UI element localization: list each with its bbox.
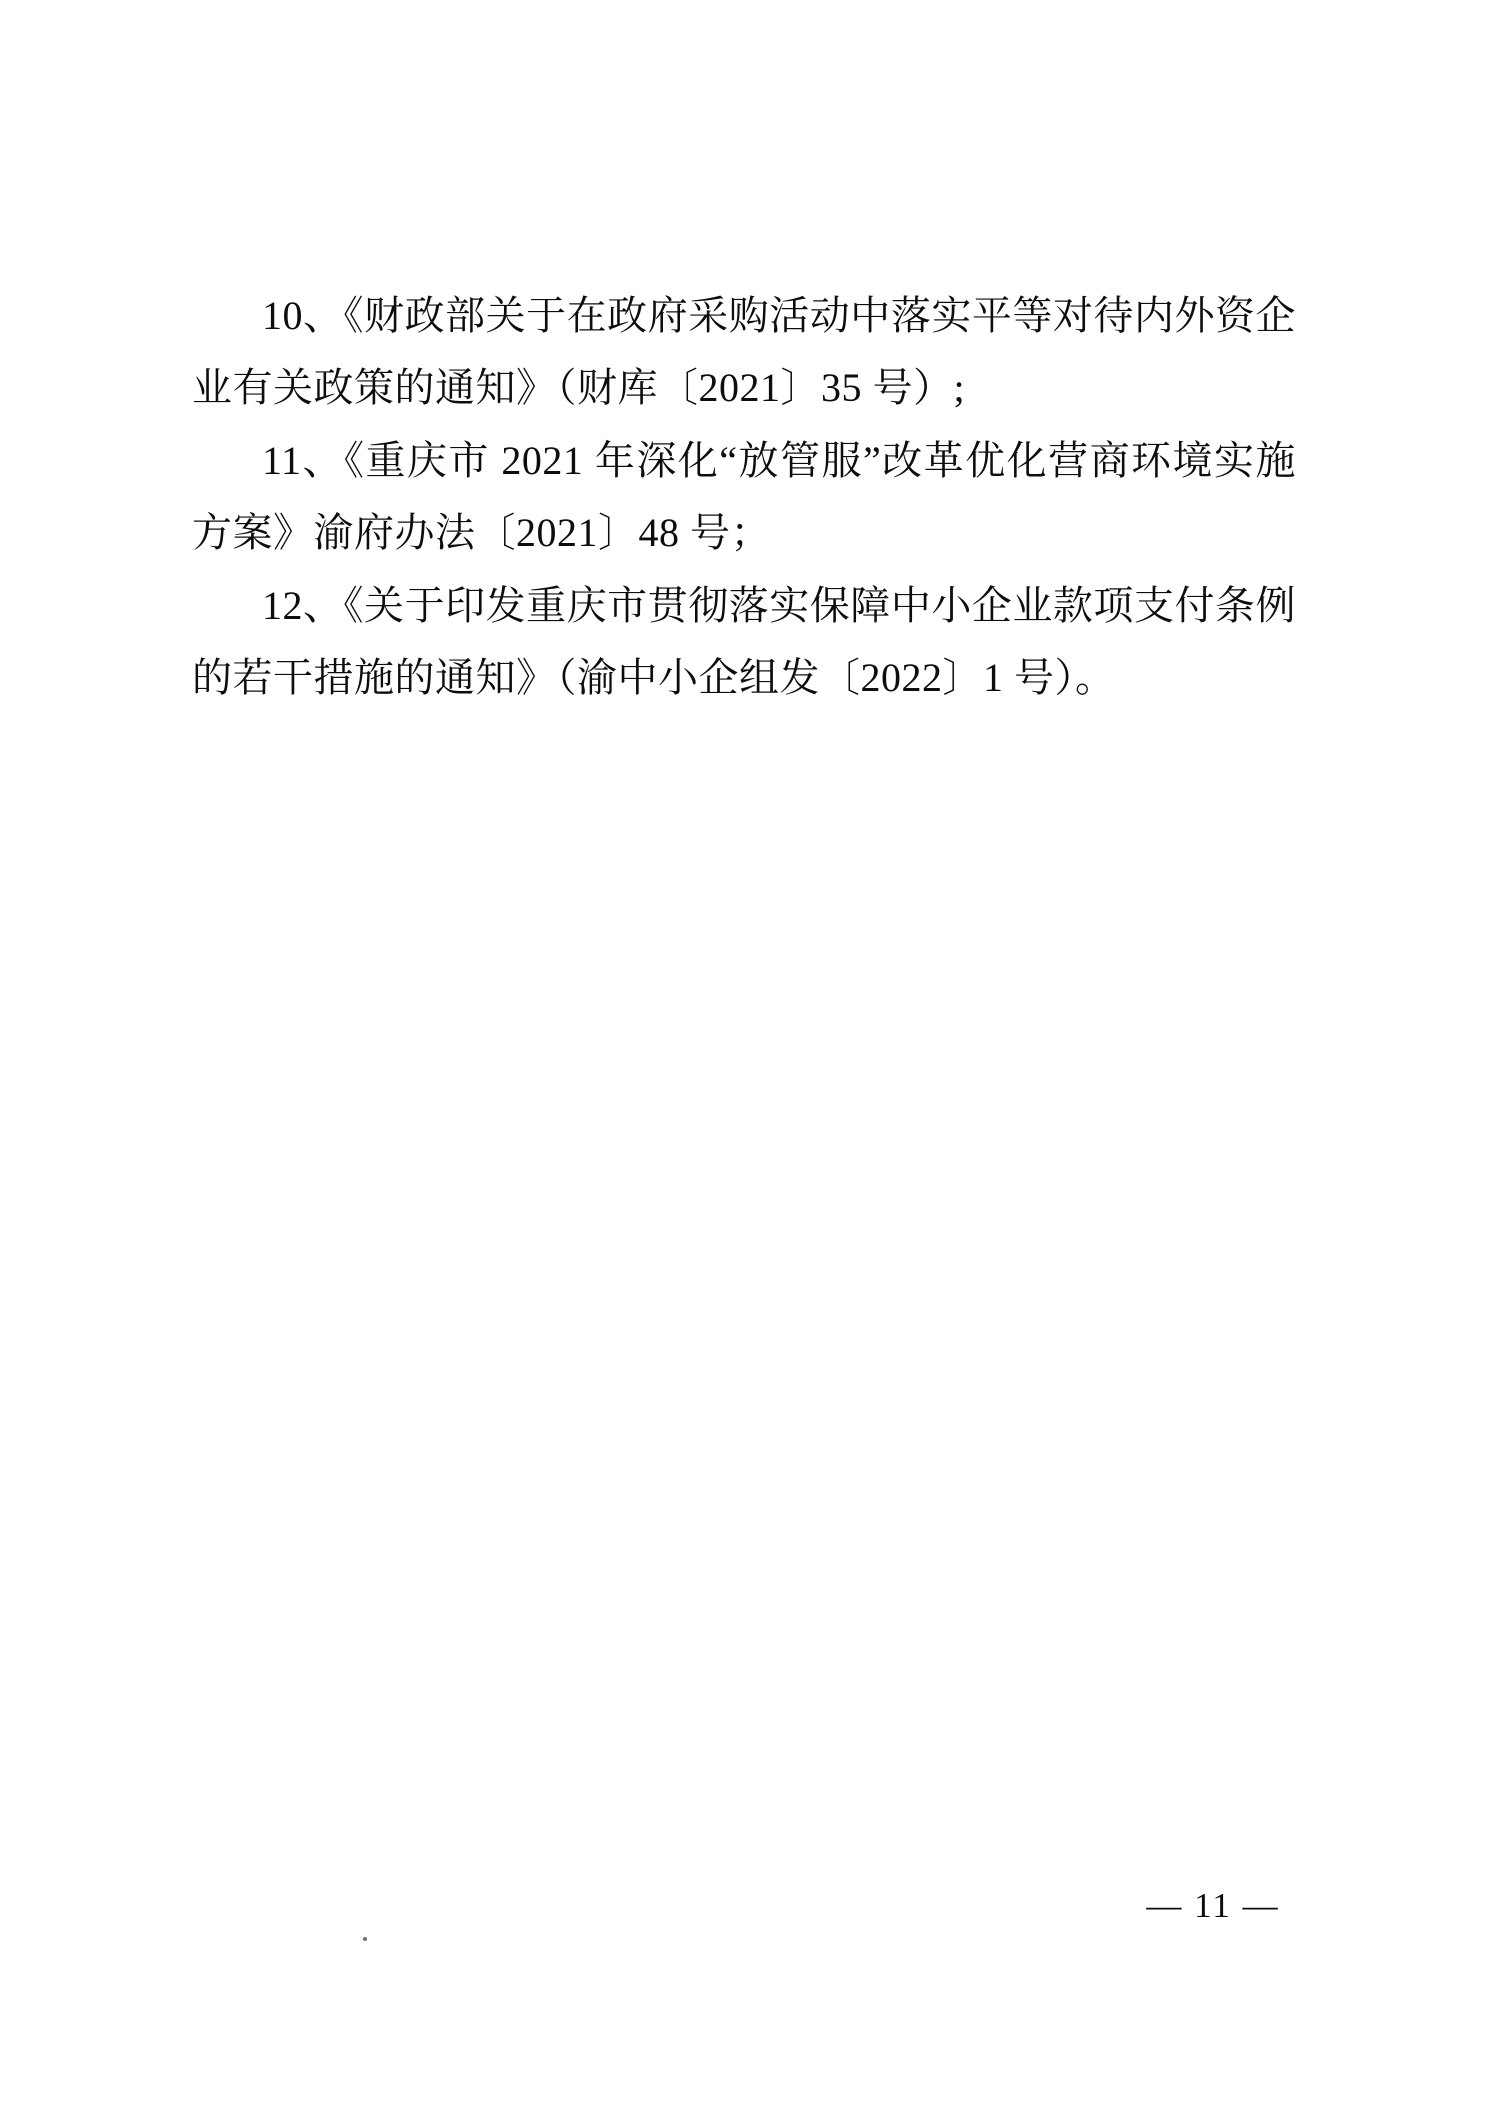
page-number: — 11 — bbox=[1128, 1886, 1298, 1926]
list-item-10-line-1: 10、《财政部关于在政府采购活动中落实平等对待内外资企 bbox=[192, 280, 1296, 352]
document-page: 10、《财政部关于在政府采购活动中落实平等对待内外资企 业有关政策的通知》（财库… bbox=[0, 0, 1487, 2105]
list-item-10: 10、《财政部关于在政府采购活动中落实平等对待内外资企 业有关政策的通知》（财库… bbox=[192, 280, 1296, 425]
list-item-12-line-1: 12、《关于印发重庆市贯彻落实保障中小企业款项支付条例 bbox=[192, 570, 1296, 642]
reference-list: 10、《财政部关于在政府采购活动中落实平等对待内外资企 业有关政策的通知》（财库… bbox=[192, 280, 1296, 714]
list-item-11: 11、《重庆市 2021 年深化“放管服”改革优化营商环境实施 方案》渝府办法〔… bbox=[192, 425, 1296, 570]
list-item-11-line-1: 11、《重庆市 2021 年深化“放管服”改革优化营商环境实施 bbox=[192, 425, 1296, 497]
list-item-11-line-2: 方案》渝府办法〔2021〕48 号； bbox=[192, 497, 1296, 569]
list-item-10-line-2: 业有关政策的通知》（财库〔2021〕35 号）; bbox=[192, 352, 1296, 424]
scan-artifact-dot bbox=[363, 1937, 367, 1941]
list-item-12-line-2: 的若干措施的通知》（渝中小企组发〔2022〕1 号）。 bbox=[192, 642, 1296, 714]
list-item-12: 12、《关于印发重庆市贯彻落实保障中小企业款项支付条例 的若干措施的通知》（渝中… bbox=[192, 570, 1296, 715]
